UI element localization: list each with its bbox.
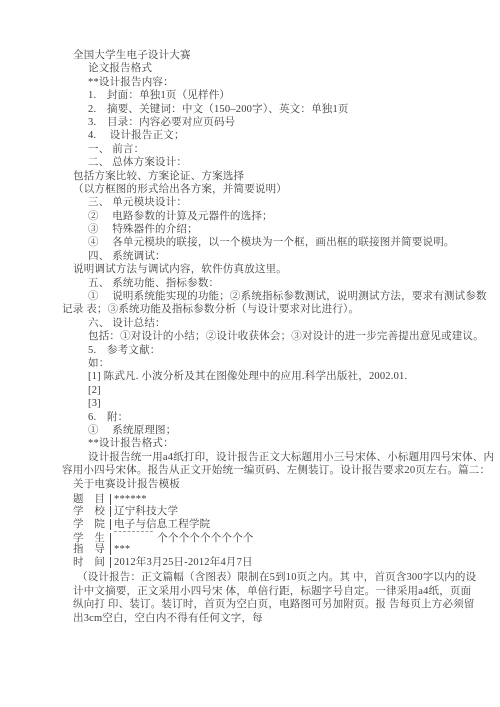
doc-line: ② 电路参数的计算及元器件的选择； <box>62 210 452 223</box>
doc-line: [2] <box>62 384 452 397</box>
form-value: *** <box>110 544 130 555</box>
form-label: 指 导 <box>73 544 110 557</box>
doc-line: 四、 系统调试： <box>62 250 452 263</box>
form-label: 题 目 <box>73 494 110 507</box>
doc-line: 纵向打 印、装订。装订时，首页为空白页，电路图可另加附页。报 告每页上方必须留 <box>62 598 452 611</box>
doc-line: ③ 特殊器件的介绍； <box>62 223 452 236</box>
doc-line: ① 说明系统能实现的功能；②系统指标参数测试，说明测试方法，要求有测试参数 <box>62 290 452 303</box>
doc-line: 1. 封面：单独1页（见样件） <box>62 89 452 102</box>
form-value-overline-marks: ˉˉˉˉˉˉˉˉˉ <box>114 529 154 539</box>
doc-line: [3] <box>62 397 452 410</box>
doc-line: 记录 表；③系统功能及指标参数分析（与设计要求对比进行）。 <box>62 303 452 316</box>
doc-line: 六、 设计总结： <box>62 317 452 330</box>
doc-line: 二、 总体方案设计： <box>62 156 452 169</box>
doc-line: （以方框图的形式给出各方案，并简要说明） <box>62 183 452 196</box>
form-row: 指 导*** <box>62 544 452 557</box>
doc-line: 包括方案比较、方案论证、方案选择 <box>62 170 452 183</box>
document-main-lines: 全国大学生电子设计大赛论文报告格式**设计报告内容：1. 封面：单独1页（见样件… <box>62 49 452 491</box>
doc-line: 设计报告统一用a4纸打印，设计报告正文大标题用小三号宋体、小标题用四号宋体、内 <box>62 451 452 464</box>
form-label: 时 间 <box>73 557 110 570</box>
doc-line: 3. 目录：内容必要对应页码号 <box>62 116 452 129</box>
form-value: ˉˉˉˉˉˉˉˉˉ 个个个个个个个个个 <box>110 533 254 544</box>
doc-line: （设计报告：正文篇幅（含图表）限制在5到10页之内。其 中，首页含300字以内的… <box>62 571 452 584</box>
doc-line: 说明调试方法与调试内容，软件仿真放这里。 <box>62 263 452 276</box>
doc-line: 论文报告格式 <box>62 62 452 75</box>
doc-line: 五、 系统功能、指标参数： <box>62 277 452 290</box>
document-page: 全国大学生电子设计大赛论文报告格式**设计报告内容：1. 封面：单独1页（见样件… <box>0 0 500 707</box>
form-label: 学 院 <box>73 519 110 532</box>
doc-line: 三、 单元模块设计： <box>62 196 452 209</box>
document-body: 全国大学生电子设计大赛论文报告格式**设计报告内容：1. 封面：单独1页（见样件… <box>62 49 452 625</box>
doc-line: 5. 参考文献： <box>62 344 452 357</box>
form-value-text: 个个个个个个个个个 <box>154 533 253 544</box>
doc-line: 全国大学生电子设计大赛 <box>62 49 452 62</box>
form-block: 题 目******学 校辽宁科技大学学 院电子与信息工程学院学 生ˉˉˉˉˉˉˉ… <box>62 494 452 570</box>
form-value: 辽宁科技大学 <box>110 506 178 517</box>
form-row: 时 间2012年3月25日-2012年4月7日 <box>62 557 452 570</box>
form-label: 学 校 <box>73 506 110 519</box>
form-row: 题 目****** <box>62 494 452 507</box>
doc-line: **设计报告内容： <box>62 76 452 89</box>
doc-line: 包括：①对设计的小结；②设计收获体会；③对设计的进一步完善提出意见或建议。 <box>62 330 452 343</box>
form-row: 学 校辽宁科技大学 <box>62 506 452 519</box>
doc-line: 4. 设计报告正文； <box>62 129 452 142</box>
doc-line: ① 系统原理图； <box>62 424 452 437</box>
form-value: ****** <box>110 494 147 505</box>
doc-line: 2. 摘要、关键词：中文（150–200字）、英文：单独1页 <box>62 103 452 116</box>
form-value: 2012年3月25日-2012年4月7日 <box>110 557 253 568</box>
document-footer-lines: （设计报告：正文篇幅（含图表）限制在5到10页之内。其 中，首页含300字以内的… <box>62 571 452 625</box>
doc-line: ④ 各单元模块的联接，以一个模块为一个框，画出框的联接图并简要说明。 <box>62 236 452 249</box>
doc-line: **设计报告格式： <box>62 437 452 450</box>
doc-line: 关于电赛设计报告模板 <box>62 478 452 491</box>
doc-line: 一、 前言： <box>62 143 452 156</box>
doc-line: 6. 附： <box>62 411 452 424</box>
doc-line: 容用小四号宋体。报告从正文开始统一编页码、左侧装订。设计报告要求20页左右。篇二… <box>62 464 452 477</box>
doc-line: 出3cm空白，空白内不得有任何文字，每 <box>62 612 452 625</box>
doc-line: [1] 陈武凡. 小波分析及其在图像处理中的应用.科学出版社，2002.01. <box>62 370 452 383</box>
doc-line: 如： <box>62 357 452 370</box>
doc-line: 计中文摘要，正文采用小四号宋 体，单倍行距，标题字号自定。一律采用a4纸，页面 <box>62 585 452 598</box>
form-row: 学 生ˉˉˉˉˉˉˉˉˉ 个个个个个个个个个 <box>62 532 452 545</box>
